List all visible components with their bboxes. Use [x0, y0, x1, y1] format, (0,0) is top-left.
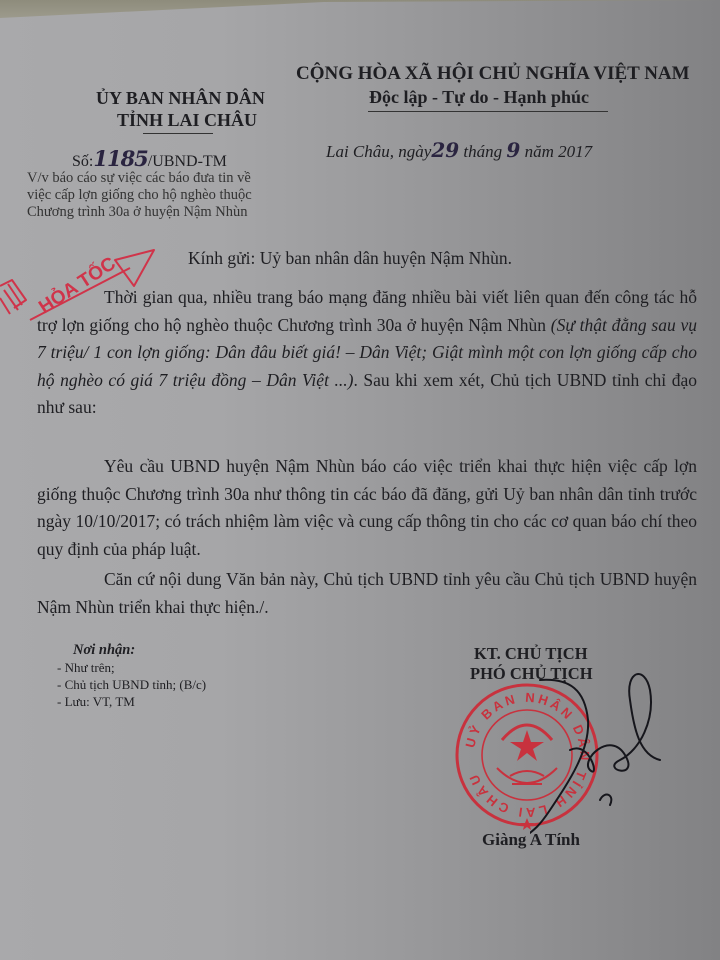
recipients-title: Nơi nhận: [73, 642, 135, 659]
national-motto: Độc lập - Tự do - Hạnh phúc [369, 87, 589, 108]
reference-suffix: /UBND-TM [148, 153, 227, 170]
date-day-handwritten: 29 [431, 138, 459, 162]
reference-number-handwritten: 1185 [93, 146, 147, 171]
issuing-org-line-2: TỈNH LAI CHÂU [117, 110, 257, 131]
subject-line: Chương trình 30a ở huyện Nậm Nhùn [27, 204, 248, 221]
body-paragraph-1: Thời gian qua, nhiều trang báo mạng đăng… [37, 284, 697, 422]
date-place: Lai Châu, ngày [326, 142, 431, 161]
paragraph-2-text: Yêu cầu UBND huyện Nậm Nhùn báo cáo việc… [37, 456, 697, 559]
addressee: Kính gửi: Uỷ ban nhân dân huyện Nậm Nhùn… [188, 248, 512, 269]
date-month-handwritten: 9 [506, 138, 520, 162]
paragraph-3-text: Căn cứ nội dung Văn bản này, Chủ tịch UB… [37, 569, 697, 617]
recipient-item: - Như trên; [57, 660, 115, 676]
subject-line: V/v báo cáo sự việc các báo đưa tin về [27, 170, 251, 187]
document-page: ỦY BAN NHÂN DÂN TỈNH LAI CHÂU Số:1185/UB… [0, 0, 720, 960]
body-paragraph-3: Căn cứ nội dung Văn bản này, Chủ tịch UB… [37, 566, 697, 621]
date-year: năm 2017 [525, 142, 593, 161]
date-month-label: tháng [463, 142, 502, 161]
motto-underline [368, 111, 608, 112]
recipient-item: - Lưu: VT, TM [57, 694, 135, 710]
date-line: Lai Châu, ngày29 tháng 9 năm 2017 [326, 138, 592, 162]
subject-line: việc cấp lợn giống cho hộ nghèo thuộc [27, 187, 252, 204]
reference-prefix: Số: [72, 153, 93, 170]
body-paragraph-2: Yêu cầu UBND huyện Nậm Nhùn báo cáo việc… [37, 453, 697, 563]
national-title: CỘNG HÒA XÃ HỘI CHỦ NGHĨA VIỆT NAM [296, 63, 690, 85]
issuing-org-line-1: ỦY BAN NHÂN DÂN [96, 88, 265, 109]
reference-number: Số:1185/UBND-TM [72, 146, 227, 171]
recipient-item: - Chủ tịch UBND tỉnh; (B/c) [57, 677, 206, 693]
signer-name: Giàng A Tính [482, 830, 580, 850]
org-underline [143, 133, 213, 134]
